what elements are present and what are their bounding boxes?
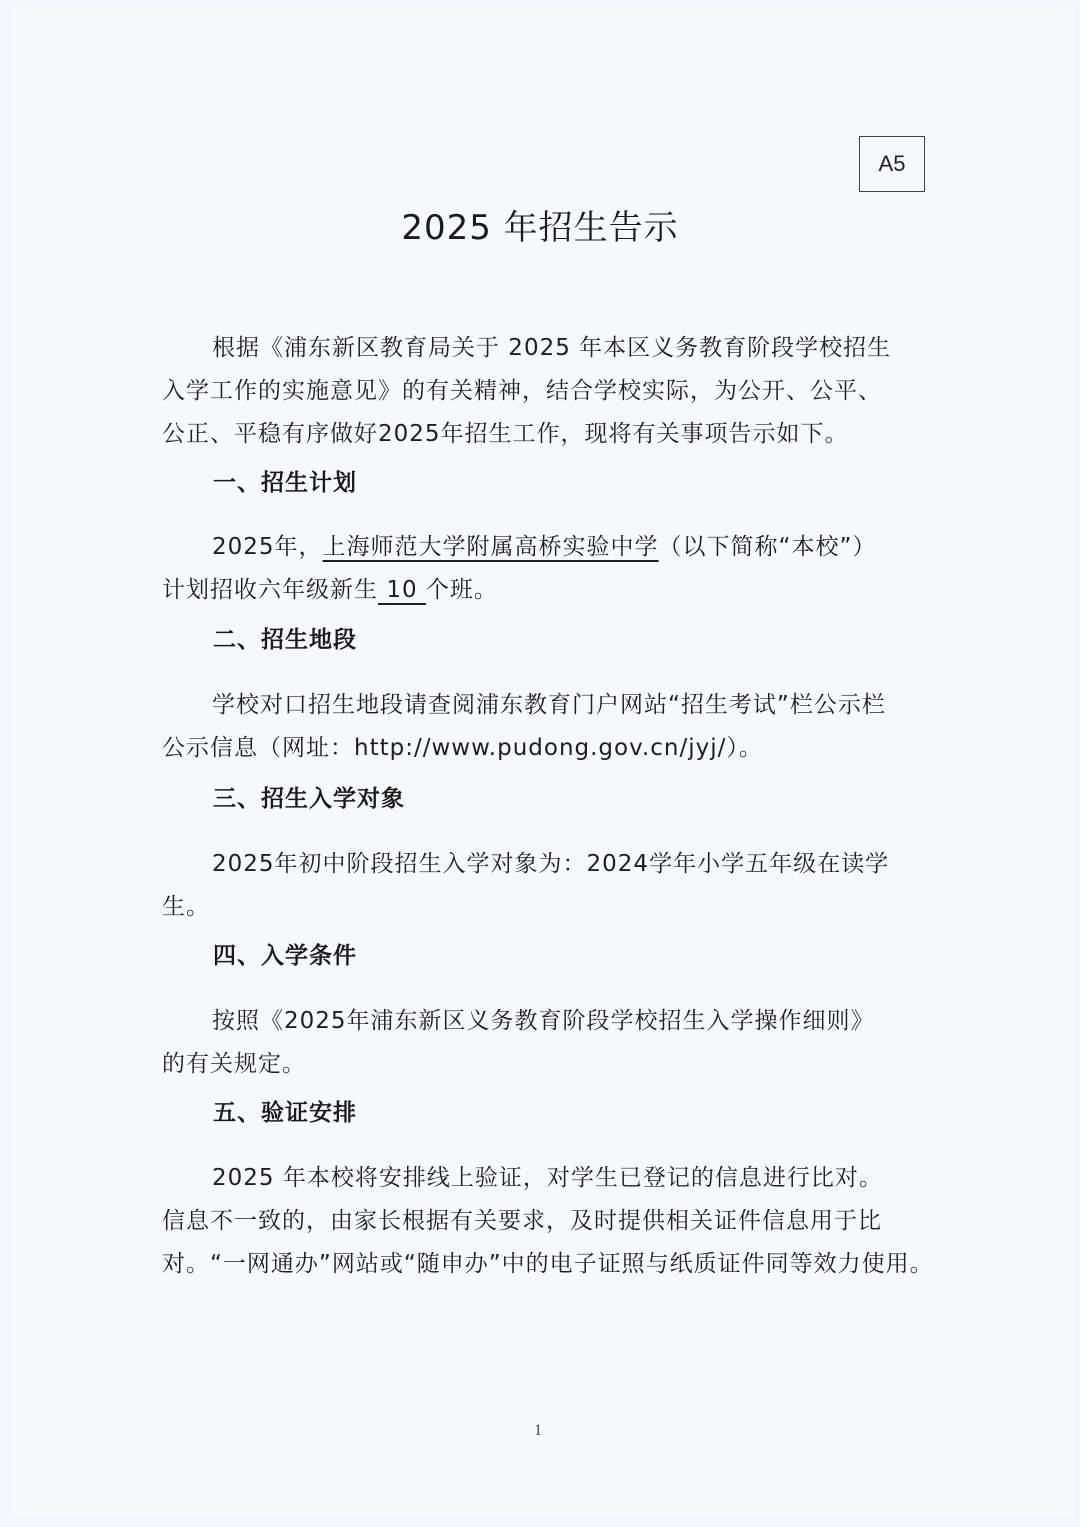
section-heading-conditions: 四、入学条件 bbox=[213, 937, 357, 970]
section-verification-text: 2025 年本校将安排线上验证，对学生已登记的信息进行比对。 信息不一致的，由家… bbox=[162, 1157, 942, 1286]
section-conditions-text: 按照《2025年浦东新区义务教育阶段学校招生入学操作细则》 的有关规定。 bbox=[162, 1000, 922, 1086]
section-heading-plan: 一、招生计划 bbox=[213, 464, 357, 497]
page-number: 1 bbox=[534, 1422, 542, 1440]
school-name: 上海师范大学附属高桥实验中学 bbox=[323, 534, 659, 560]
class-count: 10 bbox=[378, 577, 426, 603]
section-target-text: 2025年初中阶段招生入学对象为：2024学年小学五年级在读学 生。 bbox=[162, 843, 922, 929]
section-plan-text: 2025年，上海师范大学附属高桥实验中学（以下简称“本校”） 计划招收六年级新生… bbox=[162, 526, 922, 612]
section-heading-target: 三、招生入学对象 bbox=[213, 780, 405, 813]
document-title: 2025 年招生告示 bbox=[0, 200, 1080, 249]
intro-paragraph: 根据《浦东新区教育局关于 2025 年本区义务教育阶段学校招生 入学工作的实施意… bbox=[162, 327, 922, 456]
section-heading-district: 二、招生地段 bbox=[213, 621, 357, 654]
section-heading-verification: 五、验证安排 bbox=[213, 1094, 357, 1127]
document-tag-box: A5 bbox=[859, 136, 925, 192]
section-district-text: 学校对口招生地段请查阅浦东教育门户网站“招生考试”栏公示栏 公示信息（网址：ht… bbox=[162, 684, 922, 770]
